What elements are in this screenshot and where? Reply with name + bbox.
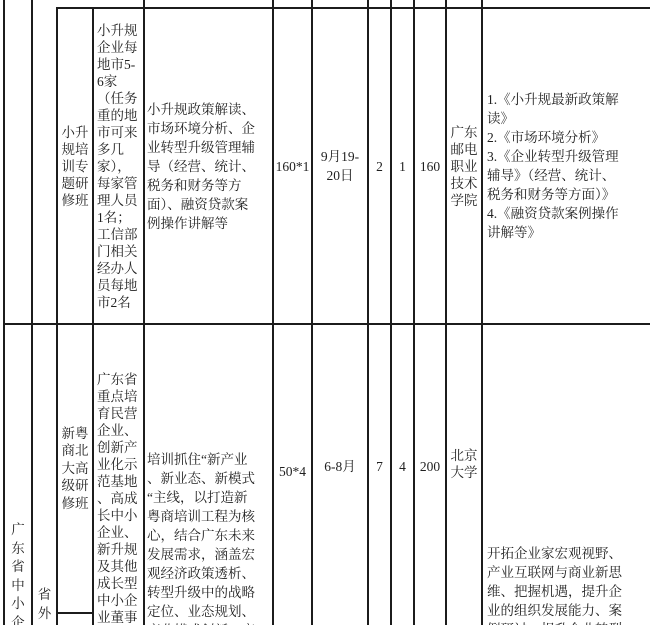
cell-class-name-row2: 新粤 商北 大高 级研 修班 [58,325,92,612]
cell-content-row1: 小升规政策解读、 市场环境分析、企 业转型升级管理辅 导（经营、统计、 税务和财… [145,9,272,323]
cell-date-row2: 6-8月 [313,325,367,625]
cell-periods-row2: 7 [369,325,390,625]
cell-sessions-row2: 4 [392,325,413,625]
cell-headcount-row2: 200 [415,325,445,625]
cell-content-row2: 培训抓住“新产业 、新业态、新模式 “主线，以打造新 粤商培训工程为核 心，结合… [145,325,272,625]
document-table-page: 小升 规培 训专 题研 修班 小升规 企业每 地市5- 6家 （任务 重的地 市… [0,0,650,625]
cell-scale-row2: 50*4 [274,325,311,625]
cell-scale-row1: 160*1 [274,9,311,323]
grid-line-h-classend [56,612,94,614]
cell-materials-row2: 开拓企业家宏观视野、 产业互联网与商业新思 维、把握机遇，提升企 业的组织发展能… [483,325,650,625]
cell-class-name-row1: 小升 规培 训专 题研 修班 [58,9,92,323]
cell-sessions-row1: 1 [392,9,413,323]
cell-scope: 省 外 [33,325,56,625]
cell-organizer-row1: 广东 邮电 职业 技术 学院 [447,9,481,323]
cell-materials-row1: 1.《小升规最新政策解 读》 2.《市场环境分析》 3.《企业转型升级管理 辅导… [483,9,650,323]
cell-region-authority: 广 东 省 中 小 企 [5,325,31,625]
cell-audience-row1: 小升规 企业每 地市5- 6家 （任务 重的地 市可来 多几 家）， 每家管 理… [94,9,143,323]
cell-date-row1: 9月19- 20日 [313,9,367,323]
cell-headcount-row1: 160 [415,9,445,323]
cell-audience-row2: 广东省 重点培 育民营 企业、 创新产 业化示 范基地 、高成 长中小 企业、 … [94,325,143,625]
cell-periods-row1: 2 [369,9,390,323]
cell-organizer-row2: 北京 大学 [447,325,481,625]
